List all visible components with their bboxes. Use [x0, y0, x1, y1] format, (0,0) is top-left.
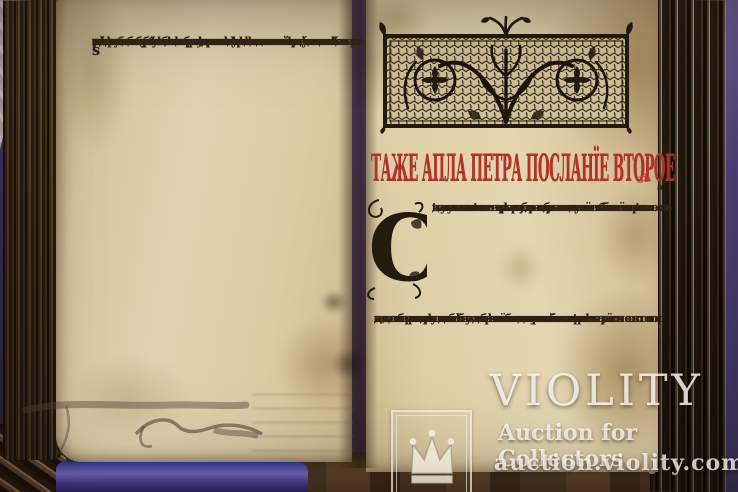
handwritten-scribble — [18, 382, 274, 466]
blue-cloth-roll — [56, 462, 308, 492]
black-marginal-mark: а — [657, 183, 663, 193]
manuscript-line: га нашего . яко вся намъ бжтвеныя — [432, 198, 670, 217]
marginal-number: за — [636, 172, 652, 186]
woodcut-headpiece-ornament — [378, 16, 634, 134]
drop-initial-woodcut: С — [363, 192, 427, 304]
bleedthrough-text — [252, 388, 354, 458]
paper-stain — [498, 246, 542, 290]
ink-spot — [330, 348, 366, 380]
photo-open-antique-book: отнихъ убо зѣлнѣ завѣщеваетъ отмета тися… — [0, 0, 738, 492]
chapter-heading-red: ТАЖЕ АПЛА ПЕТРА ПОСЛАНЇЕ ВТОРОЕ — [371, 146, 675, 190]
tailpiece-ornament: ѕ — [92, 42, 100, 59]
drop-initial: С — [368, 194, 427, 302]
manuscript-line: хотныя тли . и всяко тщанїе при — [374, 309, 589, 328]
ink-spot — [320, 290, 348, 314]
